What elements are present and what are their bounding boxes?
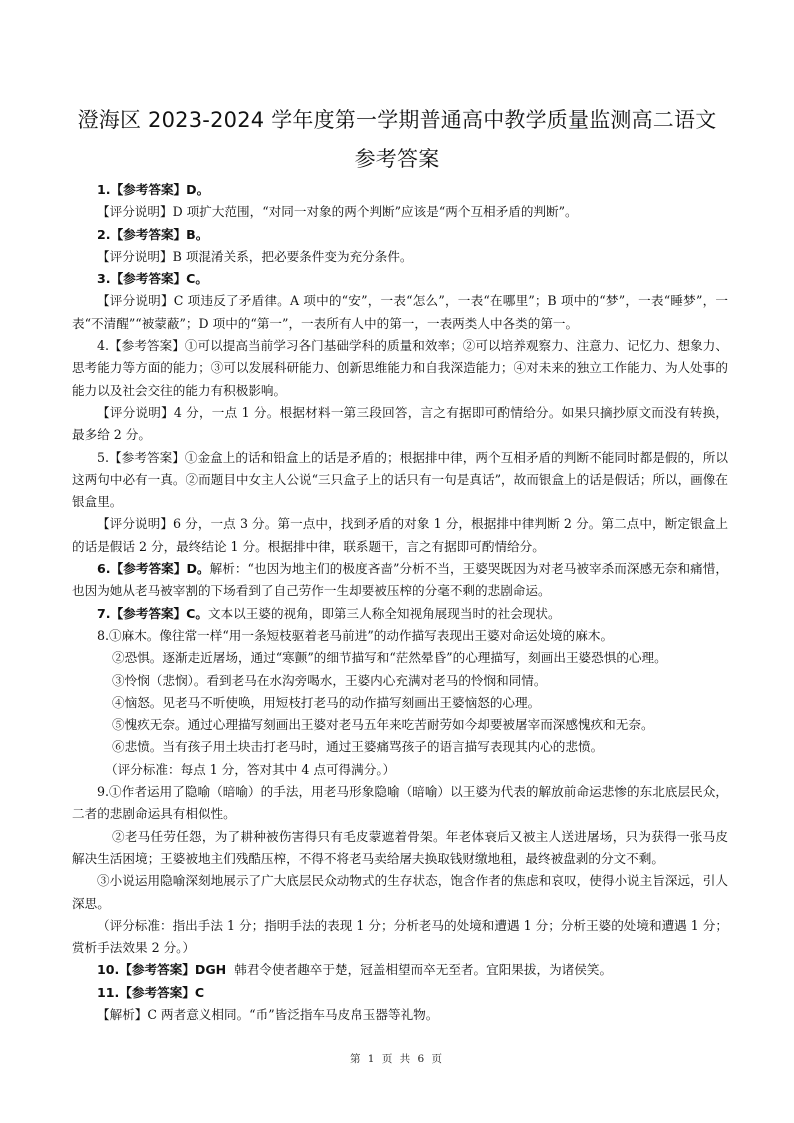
answer-2-heading: 2.【参考答案】B。 — [72, 224, 728, 246]
answer-11-heading: 11.【参考答案】C — [72, 982, 728, 1004]
answer-9-point-1: 9.①作者运用了隐喻（暗喻）的手法，用老马形象隐喻（暗喻）以王婆为代表的解放前命… — [72, 781, 728, 826]
document-title: 澄海区 2023-2024 学年度第一学期普通高中教学质量监测高二语文 — [0, 104, 794, 134]
answer-3-heading: 3.【参考答案】C。 — [72, 268, 728, 290]
answer-4-explanation: 【评分说明】4 分，一点 1 分。根据材料一第三段回答，言之有据即可酌情给分。如… — [72, 402, 728, 447]
answer-2-explanation: 【评分说明】B 项混淆关系，把必要条件变为充分条件。 — [72, 246, 728, 268]
answer-8-point-4: ④恼怒。见老马不听使唤，用短枝打老马的动作描写刻画出王婆恼怒的心理。 — [72, 692, 728, 714]
answer-5-explanation: 【评分说明】6 分，一点 3 分。第一点中，找到矛盾的对象 1 分，根据排中律判… — [72, 513, 728, 558]
answer-10: 10.【参考答案】DGH 韩君令使者趣卒于楚，冠盖相望而卒无至者。宜阳果拔，为诸… — [72, 959, 728, 981]
answer-9-scoring: （评分标准：指出手法 1 分；指明手法的表现 1 分；分析老马的处境和遭遇 1 … — [72, 915, 728, 960]
document-subtitle: 参考答案 — [0, 143, 794, 173]
answer-1-heading: 1.【参考答案】D。 — [72, 179, 728, 201]
answer-3-explanation: 【评分说明】C 项违反了矛盾律。A 项中的“安”，一表“怎么”，一表“在哪里”；… — [72, 290, 728, 335]
answer-8-point-6: ⑥悲愤。当有孩子用土块击打老马时，通过王婆痛骂孩子的语言描写表现其内心的悲愤。 — [72, 736, 728, 758]
answer-8-point-2: ②恐惧。逐渐走近屠场，通过“寒颤”的细节描写和“茫然晕昏”的心理描写，刻画出王婆… — [72, 647, 728, 669]
answer-5: 5.【参考答案】①金盒上的话和铅盒上的话是矛盾的；根据排中律，两个互相矛盾的判断… — [72, 447, 728, 514]
answer-11-explanation: 【解析】C 两者意义相同。“币”皆泛指车马皮帛玉器等礼物。 — [72, 1004, 728, 1026]
answer-8-scoring: （评分标准：每点 1 分，答对其中 4 点可得满分。） — [72, 759, 728, 781]
answer-6: 6.【参考答案】D。解析：“也因为地主们的极度吝啬”分析不当，王婆哭既因为对老马… — [72, 558, 728, 603]
answer-8-point-5: ⑤愧疚无奈。通过心理描写刻画出王婆对老马五年来吃苦耐劳如今却要被屠宰而深感愧疚和… — [72, 714, 728, 736]
answer-body: 1.【参考答案】D。 【评分说明】D 项扩大范围，“对同一对象的两个判断”应该是… — [72, 179, 728, 1026]
answer-7: 7.【参考答案】C。文本以王婆的视角，即第三人称全知视角展现当时的社会现状。 — [72, 603, 728, 625]
answer-4: 4.【参考答案】①可以提高当前学习各门基础学科的质量和效率；②可以培养观察力、注… — [72, 335, 728, 402]
answer-1-explanation: 【评分说明】D 项扩大范围，“对同一对象的两个判断”应该是“两个互相矛盾的判断”… — [72, 201, 728, 223]
answer-9-point-3: ③小说运用隐喻深刻地展示了广大底层民众动物式的生存状态，饱含作者的焦虑和哀叹，使… — [72, 870, 728, 915]
page-number: 第 1 页 共 6 页 — [0, 1051, 794, 1066]
answer-8-point-3: ③怜悯（悲悯）。看到老马在水沟旁喝水，王婆内心充满对老马的怜悯和同情。 — [72, 670, 728, 692]
document-page: 澄海区 2023-2024 学年度第一学期普通高中教学质量监测高二语文 参考答案… — [0, 0, 794, 1123]
answer-8-point-1: 8.①麻木。像往常一样“用一条短枝驱着老马前进”的动作描写表现出王婆对命运处境的… — [72, 625, 728, 647]
answer-9-point-2: ②老马任劳任怨，为了耕种被伤害得只有毛皮蒙遮着骨架。年老体衰后又被主人送进屠场，… — [72, 826, 728, 871]
